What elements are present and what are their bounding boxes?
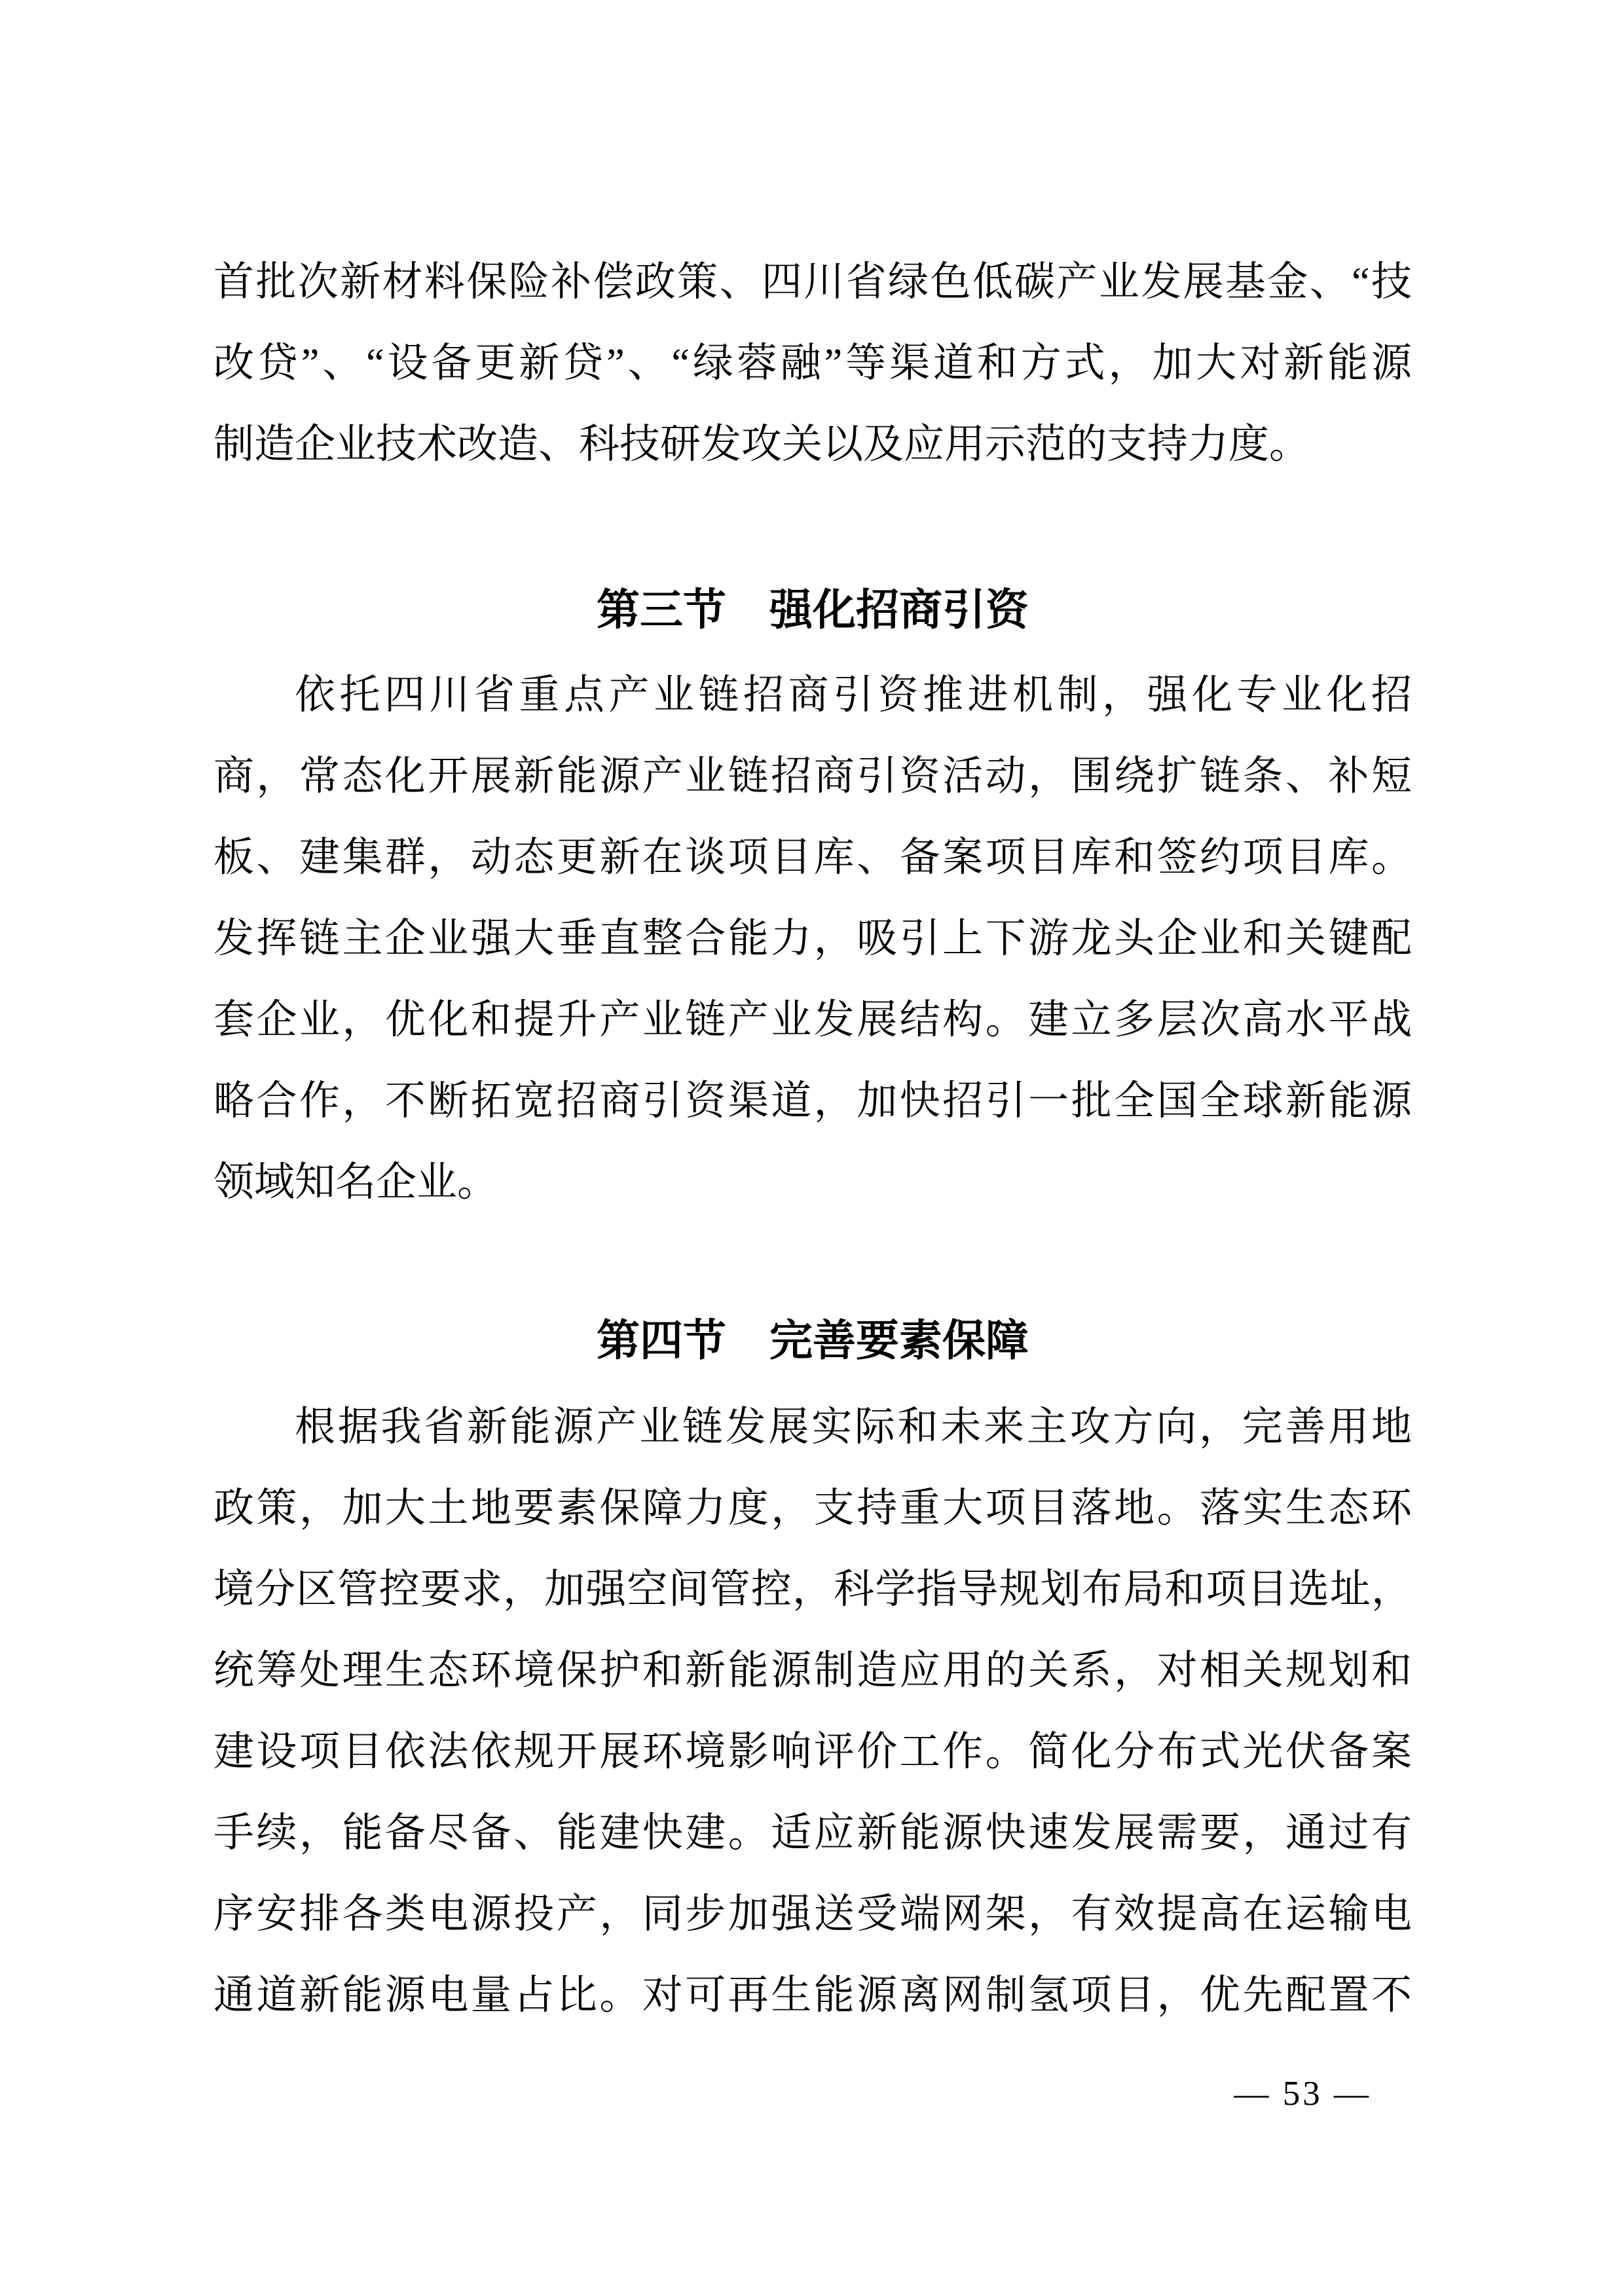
text-line: 商，常态化开展新能源产业链招商引资活动，围绕扩链条、补短 xyxy=(213,736,1412,817)
heading-section-4: 第四节 完善要素保障 xyxy=(213,1307,1412,1373)
text-line: 套企业，优化和提升产业链产业发展结构。建立多层次高水平战 xyxy=(213,979,1412,1061)
text-line: 板、建集群，动态更新在谈项目库、备案项目库和签约项目库。 xyxy=(213,817,1412,898)
text-line: 首批次新材料保险补偿政策、四川省绿色低碳产业发展基金、“技 xyxy=(213,242,1412,323)
text-line: 统筹处理生态环境保护和新能源制造应用的关系，对相关规划和 xyxy=(213,1630,1412,1711)
text-line: 境分区管控要求，加强空间管控，科学指导规划布局和项目选址， xyxy=(213,1549,1412,1630)
text-line: 领域知名企业。 xyxy=(213,1142,1412,1223)
page-content: 首批次新材料保险补偿政策、四川省绿色低碳产业发展基金、“技改贷”、“设备更新贷”… xyxy=(0,0,1624,2036)
paragraph-factor-guarantee: 根据我省新能源产业链发展实际和未来主攻方向，完善用地政策，加大土地要素保障力度，… xyxy=(213,1387,1412,2036)
text-line: 政策，加大土地要素保障力度，支持重大项目落地。落实生态环 xyxy=(213,1468,1412,1549)
text-line: 通道新能源电量占比。对可再生能源离网制氢项目，优先配置不 xyxy=(213,1955,1412,2036)
paragraph-investment-promotion: 依托四川省重点产业链招商引资推进机制，强化专业化招商，常态化开展新能源产业链招商… xyxy=(213,655,1412,1223)
text-line: 根据我省新能源产业链发展实际和未来主攻方向，完善用地 xyxy=(213,1387,1412,1468)
paragraph-support-channels: 首批次新材料保险补偿政策、四川省绿色低碳产业发展基金、“技改贷”、“设备更新贷”… xyxy=(213,242,1412,485)
text-line: 手续，能备尽备、能建快建。适应新能源快速发展需要，通过有 xyxy=(213,1793,1412,1874)
text-line: 改贷”、“设备更新贷”、“绿蓉融”等渠道和方式，加大对新能源 xyxy=(213,323,1412,404)
text-line: 依托四川省重点产业链招商引资推进机制，强化专业化招 xyxy=(213,655,1412,736)
heading-section-3: 第三节 强化招商引资 xyxy=(213,577,1412,642)
page-number: — 53 — xyxy=(1234,2074,1372,2113)
text-line: 略合作，不断拓宽招商引资渠道，加快招引一批全国全球新能源 xyxy=(213,1061,1412,1142)
document-page: 首批次新材料保险补偿政策、四川省绿色低碳产业发展基金、“技改贷”、“设备更新贷”… xyxy=(0,0,1624,2296)
text-line: 制造企业技术改造、科技研发攻关以及应用示范的支持力度。 xyxy=(213,404,1412,485)
text-line: 建设项目依法依规开展环境影响评价工作。简化分布式光伏备案 xyxy=(213,1711,1412,1793)
text-line: 发挥链主企业强大垂直整合能力，吸引上下游龙头企业和关键配 xyxy=(213,898,1412,979)
text-line: 序安排各类电源投产，同步加强送受端网架，有效提高在运输电 xyxy=(213,1874,1412,1955)
